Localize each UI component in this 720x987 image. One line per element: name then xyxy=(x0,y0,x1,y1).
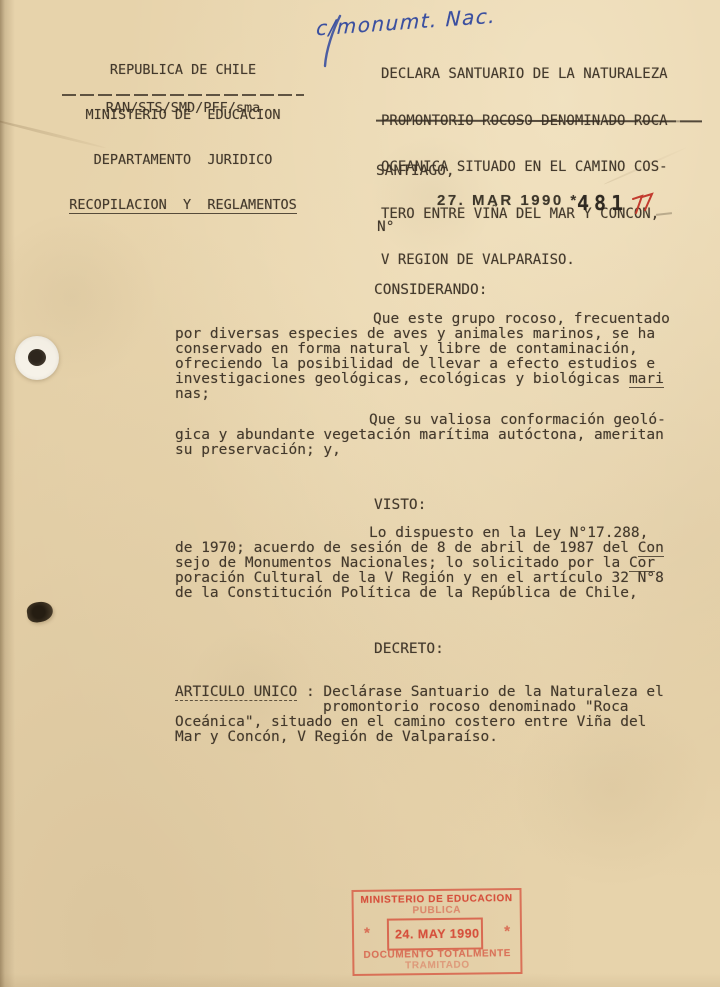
line-text: investigaciones geológicas, ecológicas y… xyxy=(175,371,629,387)
paragraph-visto: Lo dispuesto en la Ley N°17.288, de 1970… xyxy=(175,526,685,601)
letterhead-line: REPUBLICA DE CHILE xyxy=(58,63,308,78)
stamp-line: PUBLICA xyxy=(354,904,520,917)
paragraph-line: conservado en forma natural y libre de c… xyxy=(175,342,685,357)
articulo-unico-label: ARTICULO UNICO xyxy=(175,684,297,701)
paragraph-line: Lo dispuesto en la Ley N°17.288, xyxy=(175,526,685,541)
number-label: N° xyxy=(377,219,394,235)
line-text: : Declárase Santuario de la Naturaleza e… xyxy=(297,684,664,700)
paragraph-line: por diversas especies de aves y animales… xyxy=(175,327,685,342)
stamp-asterisk-icon: * xyxy=(504,923,510,940)
red-annotation-mark xyxy=(629,190,657,218)
document-page: REPUBLICA DE CHILE MINISTERIO DE EDUCACI… xyxy=(0,0,720,987)
subject-line: V REGION DE VALPARAISO. xyxy=(381,253,711,269)
line-text: de 1970; acuerdo de sesión de 8 de abril… xyxy=(175,540,638,556)
letterhead-line: DEPARTAMENTO JURIDICO xyxy=(58,153,308,168)
paragraph-line: sejo de Monumentos Nacionales; lo solici… xyxy=(175,556,685,571)
handwritten-note: c/monumt. Nac. xyxy=(316,4,497,41)
paragraph-considerando-1: Que este grupo rocoso, frecuentado por d… xyxy=(175,312,685,402)
paragraph-articulo-unico: ARTICULO UNICO : Declárase Santuario de … xyxy=(175,685,685,745)
letterhead-dashed-rule xyxy=(62,94,304,96)
punch-hole-bottom xyxy=(26,600,55,623)
paragraph-line: Que su valiosa conformación geoló- xyxy=(175,413,685,428)
reference-code: RAN/STS/SMD/PFF/sma xyxy=(58,101,308,116)
paragraph-line: ofreciendo la posibilidad de llevar a ef… xyxy=(175,357,685,372)
section-heading-decreto: DECRETO: xyxy=(374,641,444,657)
letterhead: REPUBLICA DE CHILE MINISTERIO DE EDUCACI… xyxy=(58,33,308,243)
ministry-stamp: MINISTERIO DE EDUCACION PUBLICA * * 24. … xyxy=(351,888,522,976)
punch-hole-top xyxy=(28,349,46,366)
place-line: SANTIAGO, xyxy=(376,163,455,179)
decree-number: 481 xyxy=(577,191,628,215)
paragraph-considerando-2: Que su valiosa conformación geoló- gica … xyxy=(175,413,685,458)
paragraph-line: promontorio rocoso denominado "Roca xyxy=(175,700,685,715)
paragraph-line: Que este grupo rocoso, frecuentado xyxy=(175,312,685,327)
paragraph-line: ARTICULO UNICO : Declárase Santuario de … xyxy=(175,685,685,700)
stamp-date: 24. MAY 1990 xyxy=(395,926,480,941)
paragraph-line: su preservación; y, xyxy=(175,443,685,458)
letterhead-line-underlined: RECOPILACION Y REGLAMENTOS xyxy=(69,197,297,214)
paragraph-line: poración Cultural de la V Región y en el… xyxy=(175,571,685,586)
section-heading-visto: VISTO: xyxy=(374,497,426,513)
stamp-line: TRAMITADO xyxy=(354,959,520,972)
continuation-underline: mari xyxy=(629,371,664,388)
paragraph-line: Oceánica", situado en el camino costero … xyxy=(175,715,685,730)
paragraph-line: nas; xyxy=(175,387,685,402)
paragraph-line: de 1970; acuerdo de sesión de 8 de abril… xyxy=(175,541,685,556)
line-text: sejo de Monumentos Nacionales; lo solici… xyxy=(175,555,629,571)
subject-line: DECLARA SANTUARIO DE LA NATURALEZA xyxy=(381,67,711,83)
section-heading-considerando: CONSIDERANDO: xyxy=(374,282,488,298)
paragraph-line: Mar y Concón, V Región de Valparaíso. xyxy=(175,730,685,745)
letterhead-line: RECOPILACION Y REGLAMENTOS xyxy=(58,198,308,213)
stamp-asterisk-icon: * xyxy=(364,925,370,942)
paragraph-line: gica y abundante vegetación marítima aut… xyxy=(175,428,685,443)
stamp-date-box: 24. MAY 1990 xyxy=(387,917,483,950)
paragraph-line: investigaciones geológicas, ecológicas y… xyxy=(175,372,685,387)
paragraph-line: de la Constitución Política de la Repúbl… xyxy=(175,586,685,601)
date-stamp: 27. MAR 1990 * xyxy=(437,192,579,209)
